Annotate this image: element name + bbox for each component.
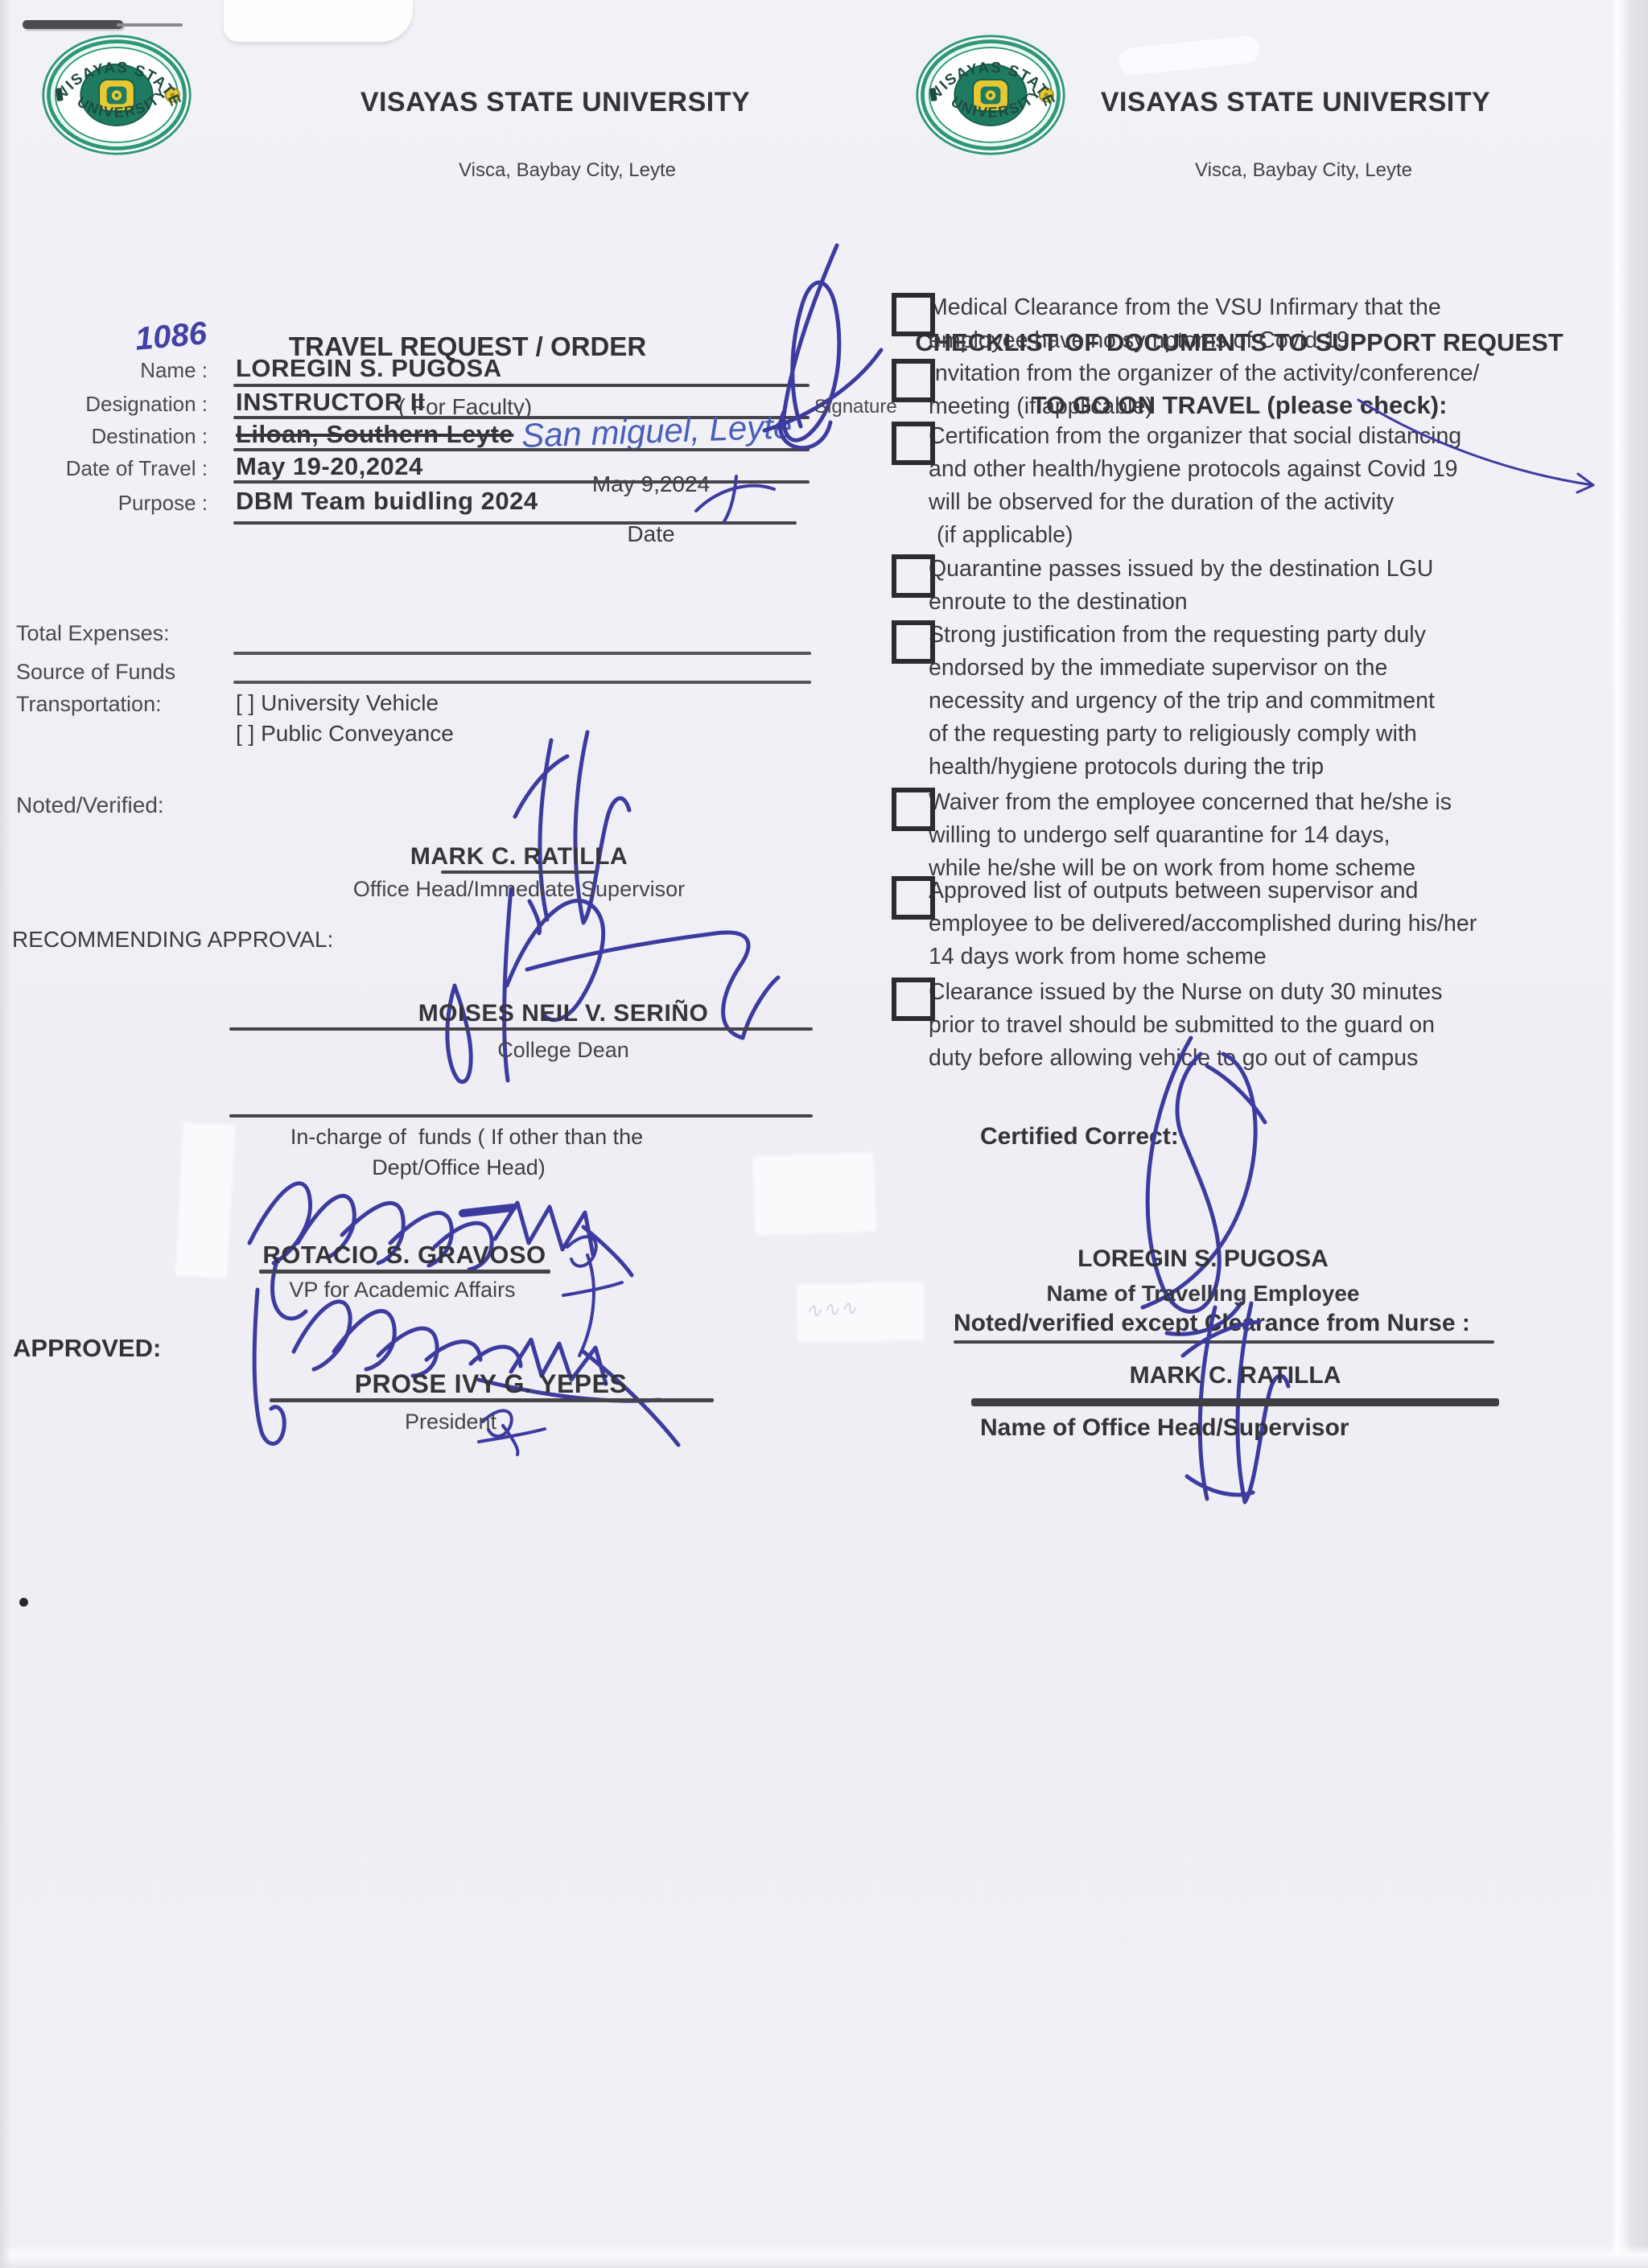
- checkbox-icon[interactable]: [892, 620, 935, 664]
- paper-right-edge: [1611, 0, 1648, 2268]
- checklist: Medical Clearance from the VSU Infirmary…: [0, 0, 1648, 2268]
- noted-except-title: Name of Office Head/Supervisor: [980, 1414, 1349, 1442]
- noted-except-name: MARK C. RATILLA: [1102, 1362, 1368, 1389]
- pen-arrow-stroke: [1352, 390, 1617, 503]
- checkbox-icon[interactable]: [892, 876, 935, 920]
- pen-flourish-travel-date: [684, 467, 789, 531]
- checkbox-icon[interactable]: [892, 293, 935, 336]
- paper-left-edge: [0, 0, 11, 2268]
- checklist-text: Waiver from the employee concerned that …: [929, 786, 1613, 885]
- checkbox-icon[interactable]: [892, 788, 935, 831]
- checklist-item: Medical Clearance from the VSU Infirmary…: [888, 291, 1613, 357]
- certified-name: LOREGIN S. PUGOSA: [1046, 1245, 1360, 1273]
- noted-except-thick-line: [971, 1398, 1499, 1406]
- checkbox-icon[interactable]: [892, 359, 935, 402]
- paper-bottom-edge: [0, 2245, 1648, 2268]
- checkbox-icon[interactable]: [892, 554, 935, 598]
- checklist-text: Medical Clearance from the VSU Infirmary…: [929, 291, 1613, 357]
- checklist-item: Approved list of outputs between supervi…: [888, 875, 1613, 973]
- scanned-travel-request-form: ∿∿∿ VISAYAS STATE UNIVERSITY VISAYAS STA…: [0, 0, 1648, 2268]
- checklist-item: Quarantine passes issued by the destinat…: [888, 553, 1613, 619]
- checklist-text: Strong justification from the requesting…: [929, 619, 1613, 784]
- checklist-item: Waiver from the employee concerned that …: [888, 786, 1613, 885]
- checklist-text: Quarantine passes issued by the destinat…: [929, 553, 1613, 619]
- checkbox-icon[interactable]: [892, 422, 935, 465]
- checklist-text: Approved list of outputs between supervi…: [929, 875, 1613, 973]
- checkbox-icon[interactable]: [892, 978, 935, 1021]
- checklist-item: Strong justification from the requesting…: [888, 619, 1613, 784]
